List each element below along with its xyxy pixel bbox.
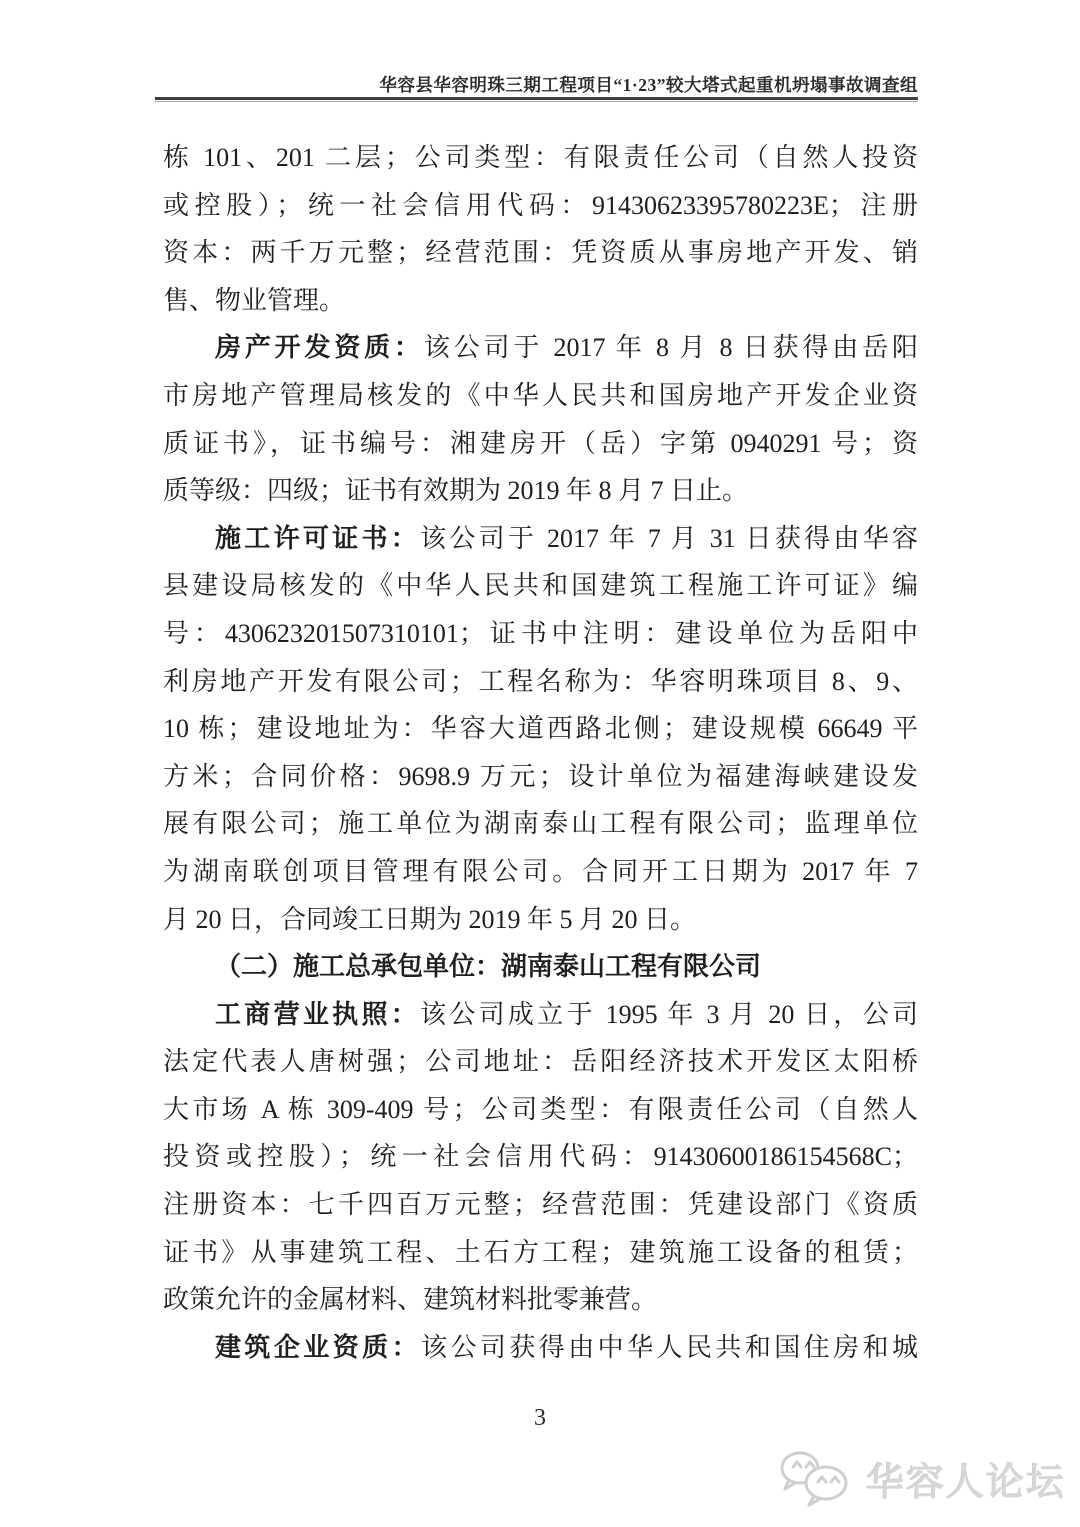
text-line: 质等级：四级；证书有效期为 2019 年 8 月 7 日止。 bbox=[163, 467, 918, 515]
text-line: 政策允许的金属材料、建筑材料批零兼营。 bbox=[163, 1276, 918, 1324]
watermark: 华容人论坛 bbox=[776, 1448, 1066, 1508]
wechat-icon bbox=[776, 1448, 856, 1508]
text-line: 月 20 日，合同竣工日期为 2019 年 5 月 20 日。 bbox=[163, 896, 918, 944]
page-header-title: 华容县华容明珠三期工程项目“1·23”较大塔式起重机坍塌事故调查组 bbox=[155, 72, 918, 97]
text-line: 市房地产管理局核发的《中华人民共和国房地产开发企业资 bbox=[163, 372, 918, 420]
text-line: 为湖南联创项目管理有限公司。合同开工日期为 2017 年 7 bbox=[163, 848, 918, 896]
text-line: 方米；合同价格：9698.9 万元；设计单位为福建海峡建设发 bbox=[163, 753, 918, 801]
text-line: 质证书》，证书编号：湘建房开（岳）字第 0940291 号；资 bbox=[163, 420, 918, 468]
text-line: 证书》从事建筑工程、土石方工程；建筑施工设备的租赁； bbox=[163, 1229, 918, 1277]
text-line: 施工许可证书：该公司于 2017 年 7 月 31 日获得由华容 bbox=[163, 515, 918, 563]
header-rule bbox=[155, 97, 918, 102]
text-line: 售、物业管理。 bbox=[163, 277, 918, 325]
text-line: 栋 101、201 二层；公司类型：有限责任公司（自然人投资 bbox=[163, 134, 918, 182]
text-line: 投资或控股）；统一社会信用代码：91430600186154568C； bbox=[163, 1133, 918, 1181]
text-line: 房产开发资质：该公司于 2017 年 8 月 8 日获得由岳阳 bbox=[163, 324, 918, 372]
document-body: 栋 101、201 二层；公司类型：有限责任公司（自然人投资或控股）；统一社会信… bbox=[163, 134, 918, 1371]
text-line: 工商营业执照：该公司成立于 1995 年 3 月 20 日，公司 bbox=[163, 991, 918, 1039]
text-line: 资本：两千万元整；经营范围：凭资质从事房地产开发、销 bbox=[163, 229, 918, 277]
watermark-label: 华容人论坛 bbox=[866, 1451, 1066, 1506]
document-page: 华容县华容明珠三期工程项目“1·23”较大塔式起重机坍塌事故调查组 栋 101、… bbox=[0, 0, 1080, 1527]
text-line: 建筑企业资质：该公司获得由中华人民共和国住房和城 bbox=[163, 1324, 918, 1372]
text-line: 县建设局核发的《中华人民共和国建筑工程施工许可证》编 bbox=[163, 562, 918, 610]
page-number: 3 bbox=[0, 1405, 1080, 1432]
text-line: （二）施工总承包单位：湖南泰山工程有限公司 bbox=[163, 943, 918, 991]
text-line: 或控股）；统一社会信用代码：91430623395780223E；注册 bbox=[163, 182, 918, 230]
text-line: 大市场 A 栋 309-409 号；公司类型：有限责任公司（自然人 bbox=[163, 1086, 918, 1134]
text-line: 10 栋；建设地址为：华容大道西路北侧；建设规模 66649 平 bbox=[163, 705, 918, 753]
text-line: 利房地产开发有限公司；工程名称为：华容明珠项目 8、9、 bbox=[163, 658, 918, 706]
text-line: 号：430623201507310101；证书中注明：建设单位为岳阳中 bbox=[163, 610, 918, 658]
text-line: 法定代表人唐树强；公司地址：岳阳经济技术开发区太阳桥 bbox=[163, 1038, 918, 1086]
text-line: 注册资本：七千四百万元整；经营范围：凭建设部门《资质 bbox=[163, 1181, 918, 1229]
text-line: 展有限公司；施工单位为湖南泰山工程有限公司；监理单位 bbox=[163, 800, 918, 848]
